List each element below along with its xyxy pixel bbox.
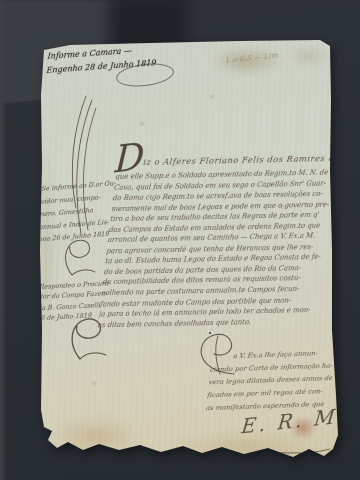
closing-formula: a V. Ex.a lhe faça annun-ciando por Cart… [205,347,340,415]
paper-shadow-wrap: Informe a Camara — Engenho 28 de Junho 1… [0,0,360,480]
manuscript-page: Informe a Camara — Engenho 28 de Junho 1… [0,0,360,480]
body-first-line: iz o Alferes Floriano Felis dos Ramires … [143,153,338,167]
paper-stain [282,44,336,68]
scanned-manuscript-photo: Informe a Camara — Engenho 28 de Junho 1… [0,0,360,480]
paper-stain [36,118,56,383]
paper-stain [38,412,153,460]
foxing-spot [140,122,144,125]
foxing-spot [92,382,96,385]
archival-mark: L.o 6.5 — Lim [226,50,279,65]
petition-body: que elle Supp.e o Soldado apresentado do… [97,167,339,330]
signature-swash-icon [246,446,332,458]
rubric-flourish-icon [60,237,100,277]
foxing-spot [210,95,214,98]
